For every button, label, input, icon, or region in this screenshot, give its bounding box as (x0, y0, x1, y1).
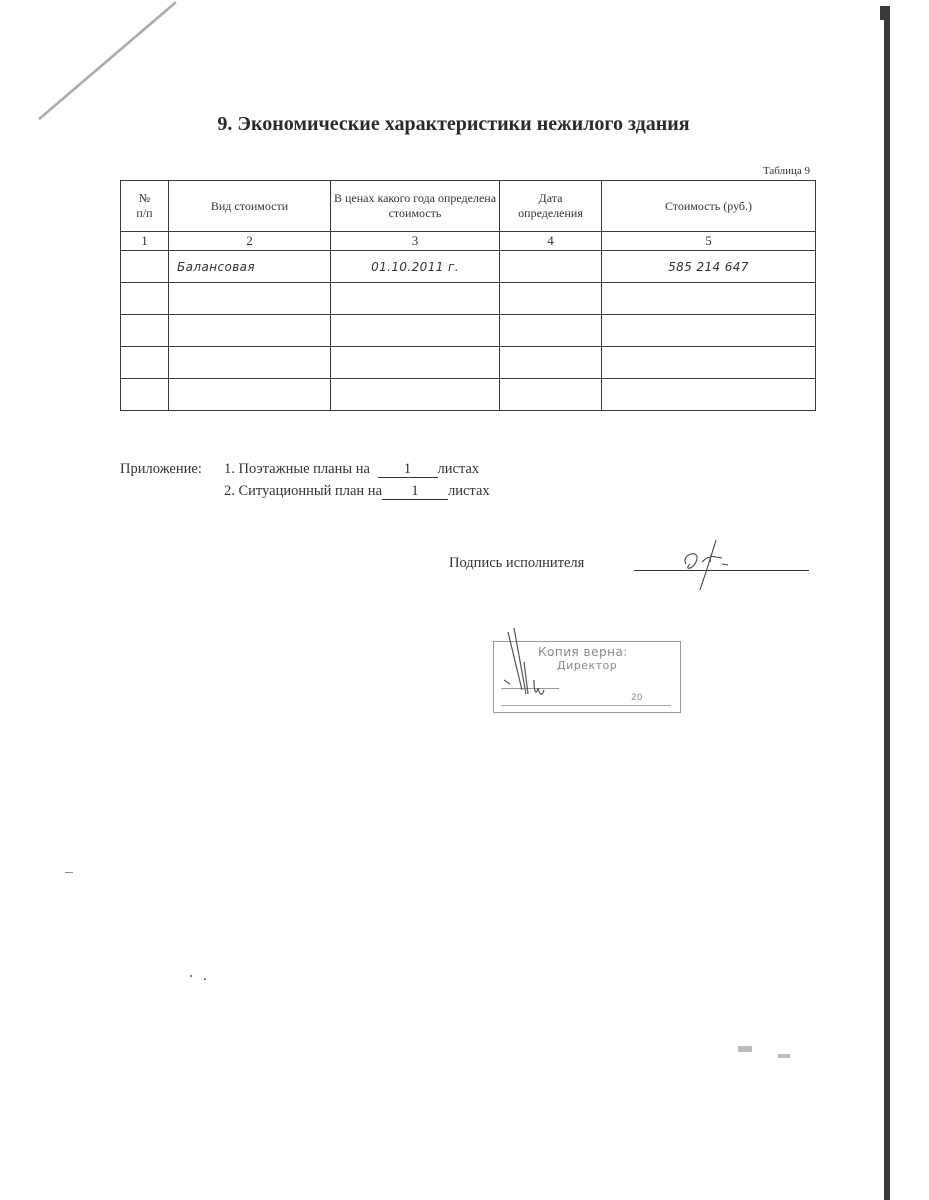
cell-price-year (331, 283, 500, 315)
header-number: №п/п (121, 181, 169, 232)
column-number: 2 (169, 232, 331, 251)
appendix-item: 2. Ситуационный план на1листах (120, 480, 490, 502)
stamp-date-year: 20 (631, 693, 642, 703)
appendix-label: Приложение: (120, 458, 224, 480)
cell-cost (602, 315, 816, 347)
header-cost-type: Вид стоимости (169, 181, 331, 232)
cell-cost-type (169, 347, 331, 379)
scan-speck (65, 872, 73, 873)
column-number: 1 (121, 232, 169, 251)
appendix-item-suffix: листах (448, 483, 490, 499)
table-row (121, 283, 816, 315)
scan-edge (884, 6, 890, 1200)
table-caption: Таблица 9 (700, 165, 810, 177)
cell-cost (602, 347, 816, 379)
cell-date (500, 379, 602, 411)
table-row (121, 347, 816, 379)
stamp-line-2: Директор (557, 659, 617, 672)
column-number-row: 1 2 3 4 5 (121, 232, 816, 251)
page-title: 9. Экономические характеристики нежилого… (0, 113, 918, 136)
column-number: 5 (602, 232, 816, 251)
cell-cost (602, 283, 816, 315)
appendix-item-text: 1. Поэтажные планы на (224, 461, 370, 477)
scan-edge-notch (880, 6, 885, 20)
appendix-item-text: 2. Ситуационный план на (224, 483, 382, 499)
cell-cost (602, 379, 816, 411)
cell-price-year (331, 315, 500, 347)
cell-cost: 585 214 647 (602, 251, 816, 283)
cell-number (121, 379, 169, 411)
cell-date (500, 347, 602, 379)
scan-speck (778, 1054, 790, 1058)
cell-price-year: 01.10.2011 г. (331, 251, 500, 283)
cell-cost-type (169, 379, 331, 411)
header-cost: Стоимость (руб.) (602, 181, 816, 232)
scan-fold-line (38, 1, 177, 120)
cell-number (121, 347, 169, 379)
scan-speck (738, 1046, 752, 1052)
appendix-item-count: 1 (382, 484, 448, 500)
cell-price-year (331, 347, 500, 379)
cell-number (121, 315, 169, 347)
appendix-item: Приложение:1. Поэтажные планы на 1листах (120, 458, 490, 480)
appendix-item-count: 1 (378, 462, 438, 478)
column-number: 3 (331, 232, 500, 251)
cell-date (500, 283, 602, 315)
table-header-row: №п/п Вид стоимости В ценах какого года о… (121, 181, 816, 232)
appendix: Приложение:1. Поэтажные планы на 1листах… (120, 458, 490, 502)
cell-cost-type (169, 283, 331, 315)
signature-label: Подпись исполнителя (449, 555, 584, 572)
cell-number (121, 283, 169, 315)
table-row: Балансовая 01.10.2011 г. 585 214 647 (121, 251, 816, 283)
header-price-year-text: В ценах какого года определена стоимость (334, 191, 496, 220)
cost-table: №п/п Вид стоимости В ценах какого года о… (120, 180, 816, 411)
table-row (121, 379, 816, 411)
table-row (121, 315, 816, 347)
cell-date (500, 251, 602, 283)
cell-cost-type (169, 315, 331, 347)
scan-speck (190, 975, 192, 977)
header-date: Дата определения (500, 181, 602, 232)
cell-price-year (331, 379, 500, 411)
column-number: 4 (500, 232, 602, 251)
cell-date (500, 315, 602, 347)
cell-cost-type: Балансовая (169, 251, 331, 283)
cell-number (121, 251, 169, 283)
appendix-item-suffix: листах (438, 461, 480, 477)
header-price-year: В ценах какого года определена стоимость (331, 181, 500, 232)
signature-mark (672, 534, 742, 594)
scan-speck (204, 978, 206, 980)
stamp-signature-mark (500, 622, 560, 712)
header-date-text: Дата определения (511, 191, 591, 221)
